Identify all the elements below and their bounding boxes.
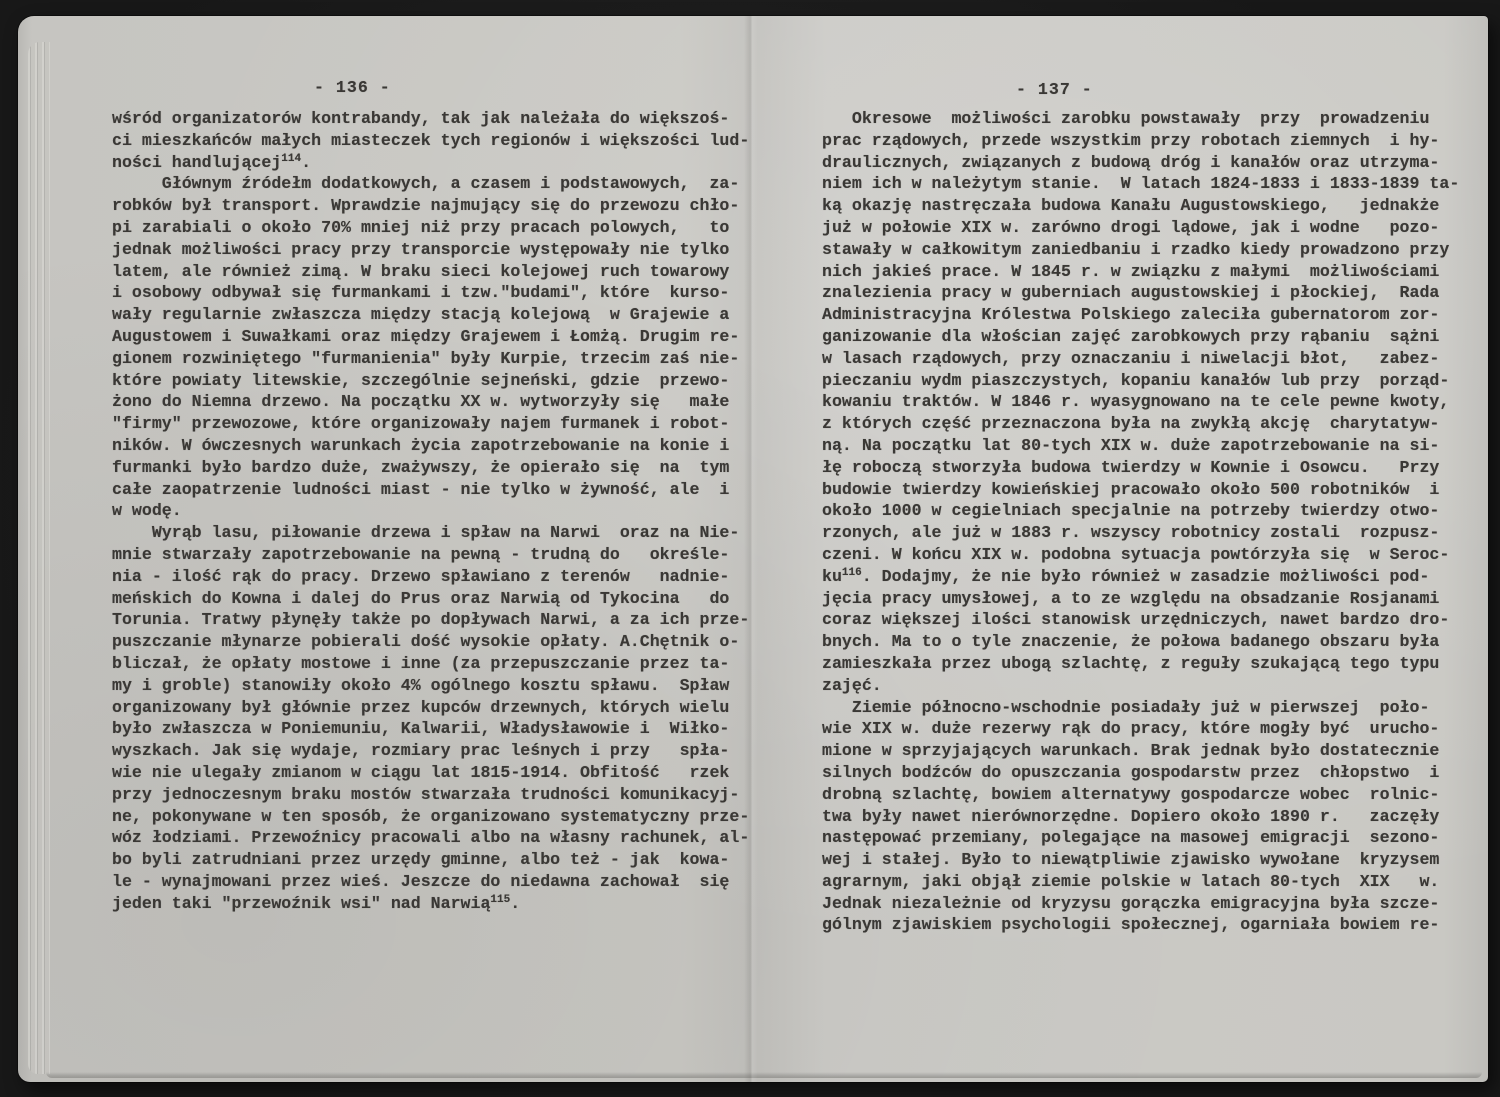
text-line: wej i stałej. Było to niewątpliwie zjawi… bbox=[822, 849, 1422, 871]
text-line: ci mieszkańców małych miasteczek tych re… bbox=[112, 130, 760, 152]
text-line: bnych. Ma to o tyle znaczenie, że połowa… bbox=[822, 631, 1422, 653]
text-line: gólnym zjawiskiem psychologii społecznej… bbox=[822, 914, 1422, 936]
text-line: ganizowanie dla włościan zajęć zarobkowy… bbox=[822, 326, 1422, 348]
text-line: ką okazję nastręczała budowa Kanału Augu… bbox=[822, 195, 1422, 217]
text-line: znalezienia pracy w guberniach augustows… bbox=[822, 282, 1422, 304]
text-line: "firmy" przewozowe, które organizowały n… bbox=[112, 413, 760, 435]
text-line: zajęć. bbox=[822, 675, 1422, 697]
text-line: jeden taki "przewoźnik wsi" nad Narwią11… bbox=[112, 893, 760, 915]
text-line: my i groble) stanowiły około 4% ogólnego… bbox=[112, 675, 760, 697]
text-line: wóz łodziami. Przewoźnicy pracowali albo… bbox=[112, 827, 760, 849]
text-line: le - wynajmowani przez wieś. Jeszcze do … bbox=[112, 871, 760, 893]
text-line: czeni. W końcu XIX w. podobna sytuacja p… bbox=[822, 544, 1422, 566]
text-line: pi zarabiali o około 70% mniej niż przy … bbox=[112, 217, 760, 239]
text-line: organizowany był głównie przez kupców dr… bbox=[112, 697, 760, 719]
text-line: Administracyjna Królestwa Polskiego zale… bbox=[822, 304, 1422, 326]
text-line: łę roboczą stworzyła budowa twierdzy w K… bbox=[822, 457, 1422, 479]
text-line: które powiaty litewskie, szczególnie sej… bbox=[112, 370, 760, 392]
text-line: niem ich w należytym stanie. W latach 18… bbox=[822, 173, 1422, 195]
text-line: całe zaopatrzenie ludności miast - nie t… bbox=[112, 479, 760, 501]
text-line: ku116. Dodajmy, że nie było również w za… bbox=[822, 566, 1422, 588]
page-bottom-edge bbox=[46, 1072, 1482, 1078]
text-line: latem, ale również zimą. W braku sieci k… bbox=[112, 261, 760, 283]
text-line: około 1000 w cegielniach specjalnie na p… bbox=[822, 500, 1422, 522]
text-line: twa były nawet nierównorzędne. Dopiero o… bbox=[822, 806, 1422, 828]
text-line: gionem rozwiniętego "furmanienia" były K… bbox=[112, 348, 760, 370]
text-line: kowaniu traktów. W 1846 r. wyasygnowano … bbox=[822, 391, 1422, 413]
text-line: Wyrąb lasu, piłowanie drzewa i spław na … bbox=[112, 522, 760, 544]
text-line: Jednak niezależnie od kryzysu gorączka e… bbox=[822, 893, 1422, 915]
text-line: ności handlującej114. bbox=[112, 152, 760, 174]
text-line: wśród organizatorów kontrabandy, tak jak… bbox=[112, 108, 760, 130]
right-page-text: Okresowe możliwości zarobku powstawały p… bbox=[822, 108, 1422, 936]
text-line: robków był transport. Wprawdzie najmując… bbox=[112, 195, 760, 217]
text-line: ne, pokonywane w ten sposób, że organizo… bbox=[112, 806, 760, 828]
footnote-marker: 114 bbox=[281, 153, 301, 165]
text-line: w lasach rządowych, przy oznaczaniu i ni… bbox=[822, 348, 1422, 370]
text-line: nich jakieś prace. W 1845 r. w związku z… bbox=[822, 261, 1422, 283]
book-spread: - 136 - - 137 - wśród organizatorów kont… bbox=[18, 16, 1488, 1082]
text-line: mnie stwarzały zapotrzebowanie na pewną … bbox=[112, 544, 760, 566]
text-line: coraz większej ilości stanowisk urzędnic… bbox=[822, 609, 1422, 631]
text-line: puszczanie młynarze pobierali dość wysok… bbox=[112, 631, 760, 653]
text-line: mione w sprzyjających warunkach. Brak je… bbox=[822, 740, 1422, 762]
text-line: Głównym źródełm dodatkowych, a czasem i … bbox=[112, 173, 760, 195]
text-line: bo byli zatrudniani przez urzędy gminne,… bbox=[112, 849, 760, 871]
text-line: draulicznych, związanych z budową dróg i… bbox=[822, 152, 1422, 174]
text-line: Augustowem i Suwałkami oraz między Graje… bbox=[112, 326, 760, 348]
text-line: żono do Niemna drzewo. Na początku XX w.… bbox=[112, 391, 760, 413]
text-line: stawały w całkowitym zaniedbaniu i rzadk… bbox=[822, 239, 1422, 261]
text-line: jęcia pracy umysłowej, a to ze względu n… bbox=[822, 588, 1422, 610]
text-line: ną. Na początku lat 80-tych XIX w. duże … bbox=[822, 435, 1422, 457]
text-line: agrarnym, jaki objął ziemie polskie w la… bbox=[822, 871, 1422, 893]
text-line: wie XIX w. duże rezerwy rąk do pracy, kt… bbox=[822, 718, 1422, 740]
text-line: prac rządowych, przede wszystkim przy ro… bbox=[822, 130, 1422, 152]
page-edge-stack bbox=[28, 42, 50, 1074]
text-line: i osobowy odbywał się furmankami i tzw."… bbox=[112, 282, 760, 304]
left-page-number: - 136 - bbox=[314, 78, 391, 97]
text-line: Torunia. Tratwy płynęły także po dopływa… bbox=[112, 609, 760, 631]
text-line: przy jednoczesnym braku mostów stwarzała… bbox=[112, 784, 760, 806]
text-line: zamieszkała przez ubogą szlachtę, z regu… bbox=[822, 653, 1422, 675]
left-page-text: wśród organizatorów kontrabandy, tak jak… bbox=[112, 108, 760, 914]
text-line: meńskich do Kowna i dalej do Prus oraz N… bbox=[112, 588, 760, 610]
text-line: Okresowe możliwości zarobku powstawały p… bbox=[822, 108, 1422, 130]
text-line: budowie twierdzy kowieńskiej pracowało o… bbox=[822, 479, 1422, 501]
footnote-marker: 115 bbox=[490, 894, 510, 906]
text-line: ników. W ówczesnych warunkach życia zapo… bbox=[112, 435, 760, 457]
text-line: furmanki było bardzo duże, zważywszy, że… bbox=[112, 457, 760, 479]
text-line: było zwłaszcza w Poniemuniu, Kalwarii, W… bbox=[112, 718, 760, 740]
text-line: jednak możliwości pracy przy transporcie… bbox=[112, 239, 760, 261]
text-line: pieczaniu wydm piaszczystych, kopaniu ka… bbox=[822, 370, 1422, 392]
right-page-number: - 137 - bbox=[1016, 80, 1093, 99]
text-line: w wodę. bbox=[112, 500, 760, 522]
footnote-marker: 116 bbox=[842, 567, 862, 579]
text-line: wie nie ulegały zmianom w ciągu lat 1815… bbox=[112, 762, 760, 784]
text-line: z których część przeznaczona była na zwy… bbox=[822, 413, 1422, 435]
text-line: już w połowie XIX w. zarówno drogi lądow… bbox=[822, 217, 1422, 239]
text-line: następować przemiany, polegające na maso… bbox=[822, 827, 1422, 849]
text-line: nia - ilość rąk do pracy. Drzewo spławia… bbox=[112, 566, 760, 588]
text-line: Ziemie północno-wschodnie posiadały już … bbox=[822, 697, 1422, 719]
text-line: drobną szlachtę, bowiem alternatywy gosp… bbox=[822, 784, 1422, 806]
text-line: silnych bodźców do opuszczania gospodars… bbox=[822, 762, 1422, 784]
text-line: bliczał, że opłaty mostowe i inne (za pr… bbox=[112, 653, 760, 675]
text-line: wały regularnie zwłaszcza między stacją … bbox=[112, 304, 760, 326]
text-line: wyszkach. Jak się wydaje, rozmiary prac … bbox=[112, 740, 760, 762]
text-line: rzonych, ale już w 1883 r. wszyscy robot… bbox=[822, 522, 1422, 544]
